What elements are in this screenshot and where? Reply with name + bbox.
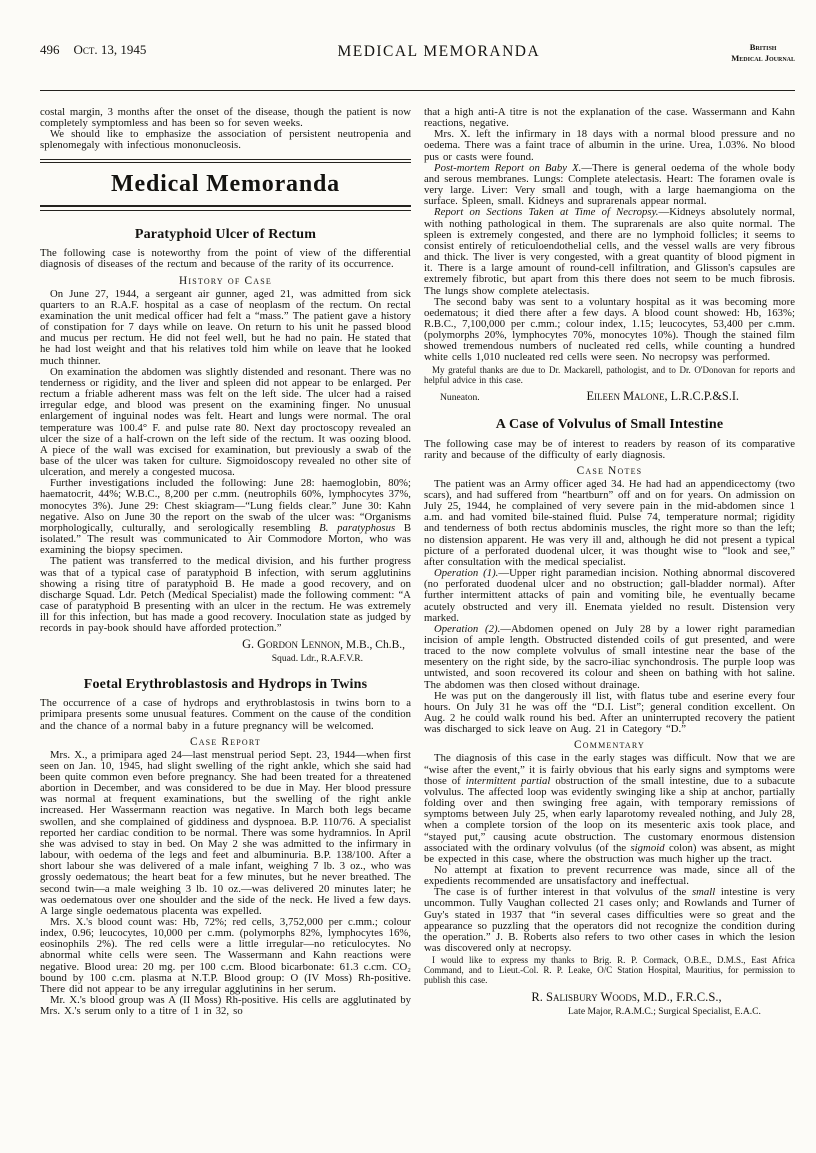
article-foetal-erythroblastosis: Foetal Erythroblastosis and Hydrops in T… bbox=[40, 677, 411, 1017]
article-title: Paratyphoid Ulcer of Rectum bbox=[46, 227, 405, 243]
paragraph: He was put on the dangerously ill list, … bbox=[424, 691, 795, 736]
section-banner: Medical Memoranda bbox=[40, 171, 411, 198]
paragraph: Mrs. X.'s blood count was: Hb, 72%; red … bbox=[40, 917, 411, 995]
continuation-paragraph: that a high anti-A titre is not the expl… bbox=[424, 107, 795, 129]
masthead: 496Oct. 13, 1945 MEDICAL MEMORANDA Briti… bbox=[40, 30, 795, 82]
paragraph: The patient was an Army officer aged 34.… bbox=[424, 479, 795, 568]
continuation-paragraph: We should like to emphasize the associat… bbox=[40, 129, 411, 151]
acknowledgment: I would like to express my thanks to Bri… bbox=[424, 956, 795, 986]
section-heading: History of Case bbox=[40, 275, 411, 287]
paragraph: The second baby was sent to a voluntary … bbox=[424, 297, 795, 364]
paragraph: The diagnosis of this case in the early … bbox=[424, 753, 795, 865]
running-title: MEDICAL MEMORANDA bbox=[146, 42, 731, 61]
masthead-left: 496Oct. 13, 1945 bbox=[40, 42, 146, 58]
signature-place: Nuneaton. bbox=[424, 392, 480, 403]
acknowledgment: My grateful thanks are due to Dr. Mackar… bbox=[424, 366, 795, 386]
article-intro: The occurrence of a case of hydrops and … bbox=[40, 698, 411, 731]
signature-role: Late Major, R.A.M.C.; Surgical Specialis… bbox=[424, 1006, 795, 1017]
paragraph: Report on Sections Taken at Time of Necr… bbox=[424, 207, 795, 296]
section-divider-top bbox=[40, 159, 411, 164]
issue-date: Oct. 13, 1945 bbox=[74, 42, 147, 57]
continuation-paragraph: costal margin, 3 months after the onset … bbox=[40, 107, 411, 129]
journal-page: 496Oct. 13, 1945 MEDICAL MEMORANDA Briti… bbox=[0, 0, 816, 1153]
journal-name-line1: British bbox=[731, 42, 795, 53]
article-foetal-continued: that a high anti-A titre is not the expl… bbox=[424, 107, 795, 404]
paragraph: On examination the abdomen was slightly … bbox=[40, 367, 411, 479]
paragraph: Operation (1).—Upper right paramedian in… bbox=[424, 568, 795, 624]
masthead-rule bbox=[40, 90, 795, 91]
signature-role: Squad. Ldr., R.A.F.V.R. bbox=[40, 653, 411, 664]
journal-name-line2: Medical Journal bbox=[731, 53, 795, 64]
paragraph: Mrs. X., a primipara aged 24—last menstr… bbox=[40, 750, 411, 917]
article-title: Foetal Erythroblastosis and Hydrops in T… bbox=[46, 677, 405, 693]
signature-name: R. Salisbury Woods, M.D., F.R.C.S., bbox=[424, 991, 795, 1005]
section-heading: Case Report bbox=[40, 736, 411, 748]
paragraph: No attempt at fixation to prevent recurr… bbox=[424, 865, 795, 887]
journal-name: British Medical Journal bbox=[731, 42, 795, 63]
article-title: A Case of Volvulus of Small Intestine bbox=[430, 417, 789, 433]
paragraph: The case is of further interest in that … bbox=[424, 887, 795, 954]
page-number: 496 bbox=[40, 42, 60, 57]
article-paratyphoid-ulcer: Paratyphoid Ulcer of Rectum The followin… bbox=[40, 227, 411, 664]
signature-name: Eileen Malone, L.R.C.P.&S.I. bbox=[587, 389, 796, 404]
signature-name: G. Gordon Lennon, M.B., Ch.B., bbox=[40, 638, 411, 652]
paragraph: Operation (2).—Abdomen opened on July 28… bbox=[424, 624, 795, 691]
paragraph: Further investigations included the foll… bbox=[40, 478, 411, 556]
section-heading: Case Notes bbox=[424, 465, 795, 477]
right-column: that a high anti-A titre is not the expl… bbox=[424, 107, 795, 1017]
paragraph: Mr. X.'s blood group was A (II Moss) Rh-… bbox=[40, 995, 411, 1017]
left-column: costal margin, 3 months after the onset … bbox=[40, 107, 411, 1017]
article-intro: The following case is noteworthy from th… bbox=[40, 248, 411, 270]
signature-row: Nuneaton. Eileen Malone, L.R.C.P.&S.I. bbox=[424, 389, 795, 404]
article-volvulus: A Case of Volvulus of Small Intestine Th… bbox=[424, 417, 795, 1016]
page-columns: costal margin, 3 months after the onset … bbox=[40, 107, 795, 1017]
paragraph: On June 27, 1944, a sergeant air gunner,… bbox=[40, 289, 411, 367]
paragraph: Mrs. X. left the infirmary in 18 days wi… bbox=[424, 129, 795, 162]
section-divider-bottom bbox=[40, 205, 411, 211]
article-intro: The following case may be of interest to… bbox=[424, 439, 795, 461]
section-heading: Commentary bbox=[424, 739, 795, 751]
paragraph: The patient was transferred to the medic… bbox=[40, 556, 411, 634]
paragraph: Post-mortem Report on Baby X.—There is g… bbox=[424, 163, 795, 208]
